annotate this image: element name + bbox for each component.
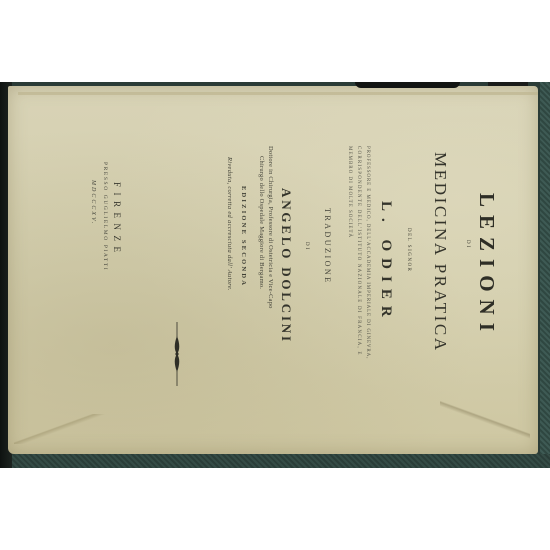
binding-strap bbox=[488, 82, 528, 86]
subtitle: MEDICINA PRATICA bbox=[432, 152, 449, 353]
edition-note: Riveduta, corretta ed accresciuta dall' … bbox=[226, 157, 233, 291]
edition: EDIZIONE SECONDA bbox=[240, 186, 247, 287]
author-credentials-3: MEMBRO DI MOLTE SOCIETÀ bbox=[347, 146, 352, 238]
book-photo: LEZIONI DI MEDICINA PRATICA DEL SIGNOR L… bbox=[0, 82, 550, 468]
page-edge bbox=[18, 92, 538, 95]
backdrop-fabric-bottom bbox=[0, 454, 550, 468]
translator-name: ANGELO DOLCINI bbox=[280, 188, 293, 344]
year: MDCCCXV. bbox=[90, 180, 96, 225]
author-credentials-2: CORRISPONDENTE DELL'ISTITUTO NAZIONALE D… bbox=[356, 146, 361, 356]
title: LEZIONI bbox=[476, 193, 497, 339]
ornament-rule-icon bbox=[172, 322, 182, 386]
translator-di: DI bbox=[304, 242, 309, 251]
author-name: L. ODIER bbox=[378, 201, 393, 324]
traduzione: TRADUZIONE bbox=[323, 208, 331, 285]
translator-credentials-2: Chirurgo dello Ospedale Maggiore di Berg… bbox=[258, 156, 265, 289]
title-di: DI bbox=[465, 240, 470, 249]
translator-credentials-1: Dottore in Chirurgia, Professore di Oste… bbox=[267, 146, 274, 309]
del-signor: DEL SIGNOR bbox=[406, 228, 411, 272]
binding-strap bbox=[355, 82, 460, 88]
backdrop-fabric bbox=[540, 82, 550, 468]
page-fold bbox=[14, 414, 124, 444]
publisher: PRESSO GUGLIELMO PIATTI bbox=[102, 162, 108, 271]
page-fold bbox=[440, 396, 530, 446]
author-credentials-1: PROFESSORE E MEDICO, DELL'ACCADEMIA IMPE… bbox=[365, 146, 370, 359]
city: FIRENZE bbox=[112, 182, 121, 258]
